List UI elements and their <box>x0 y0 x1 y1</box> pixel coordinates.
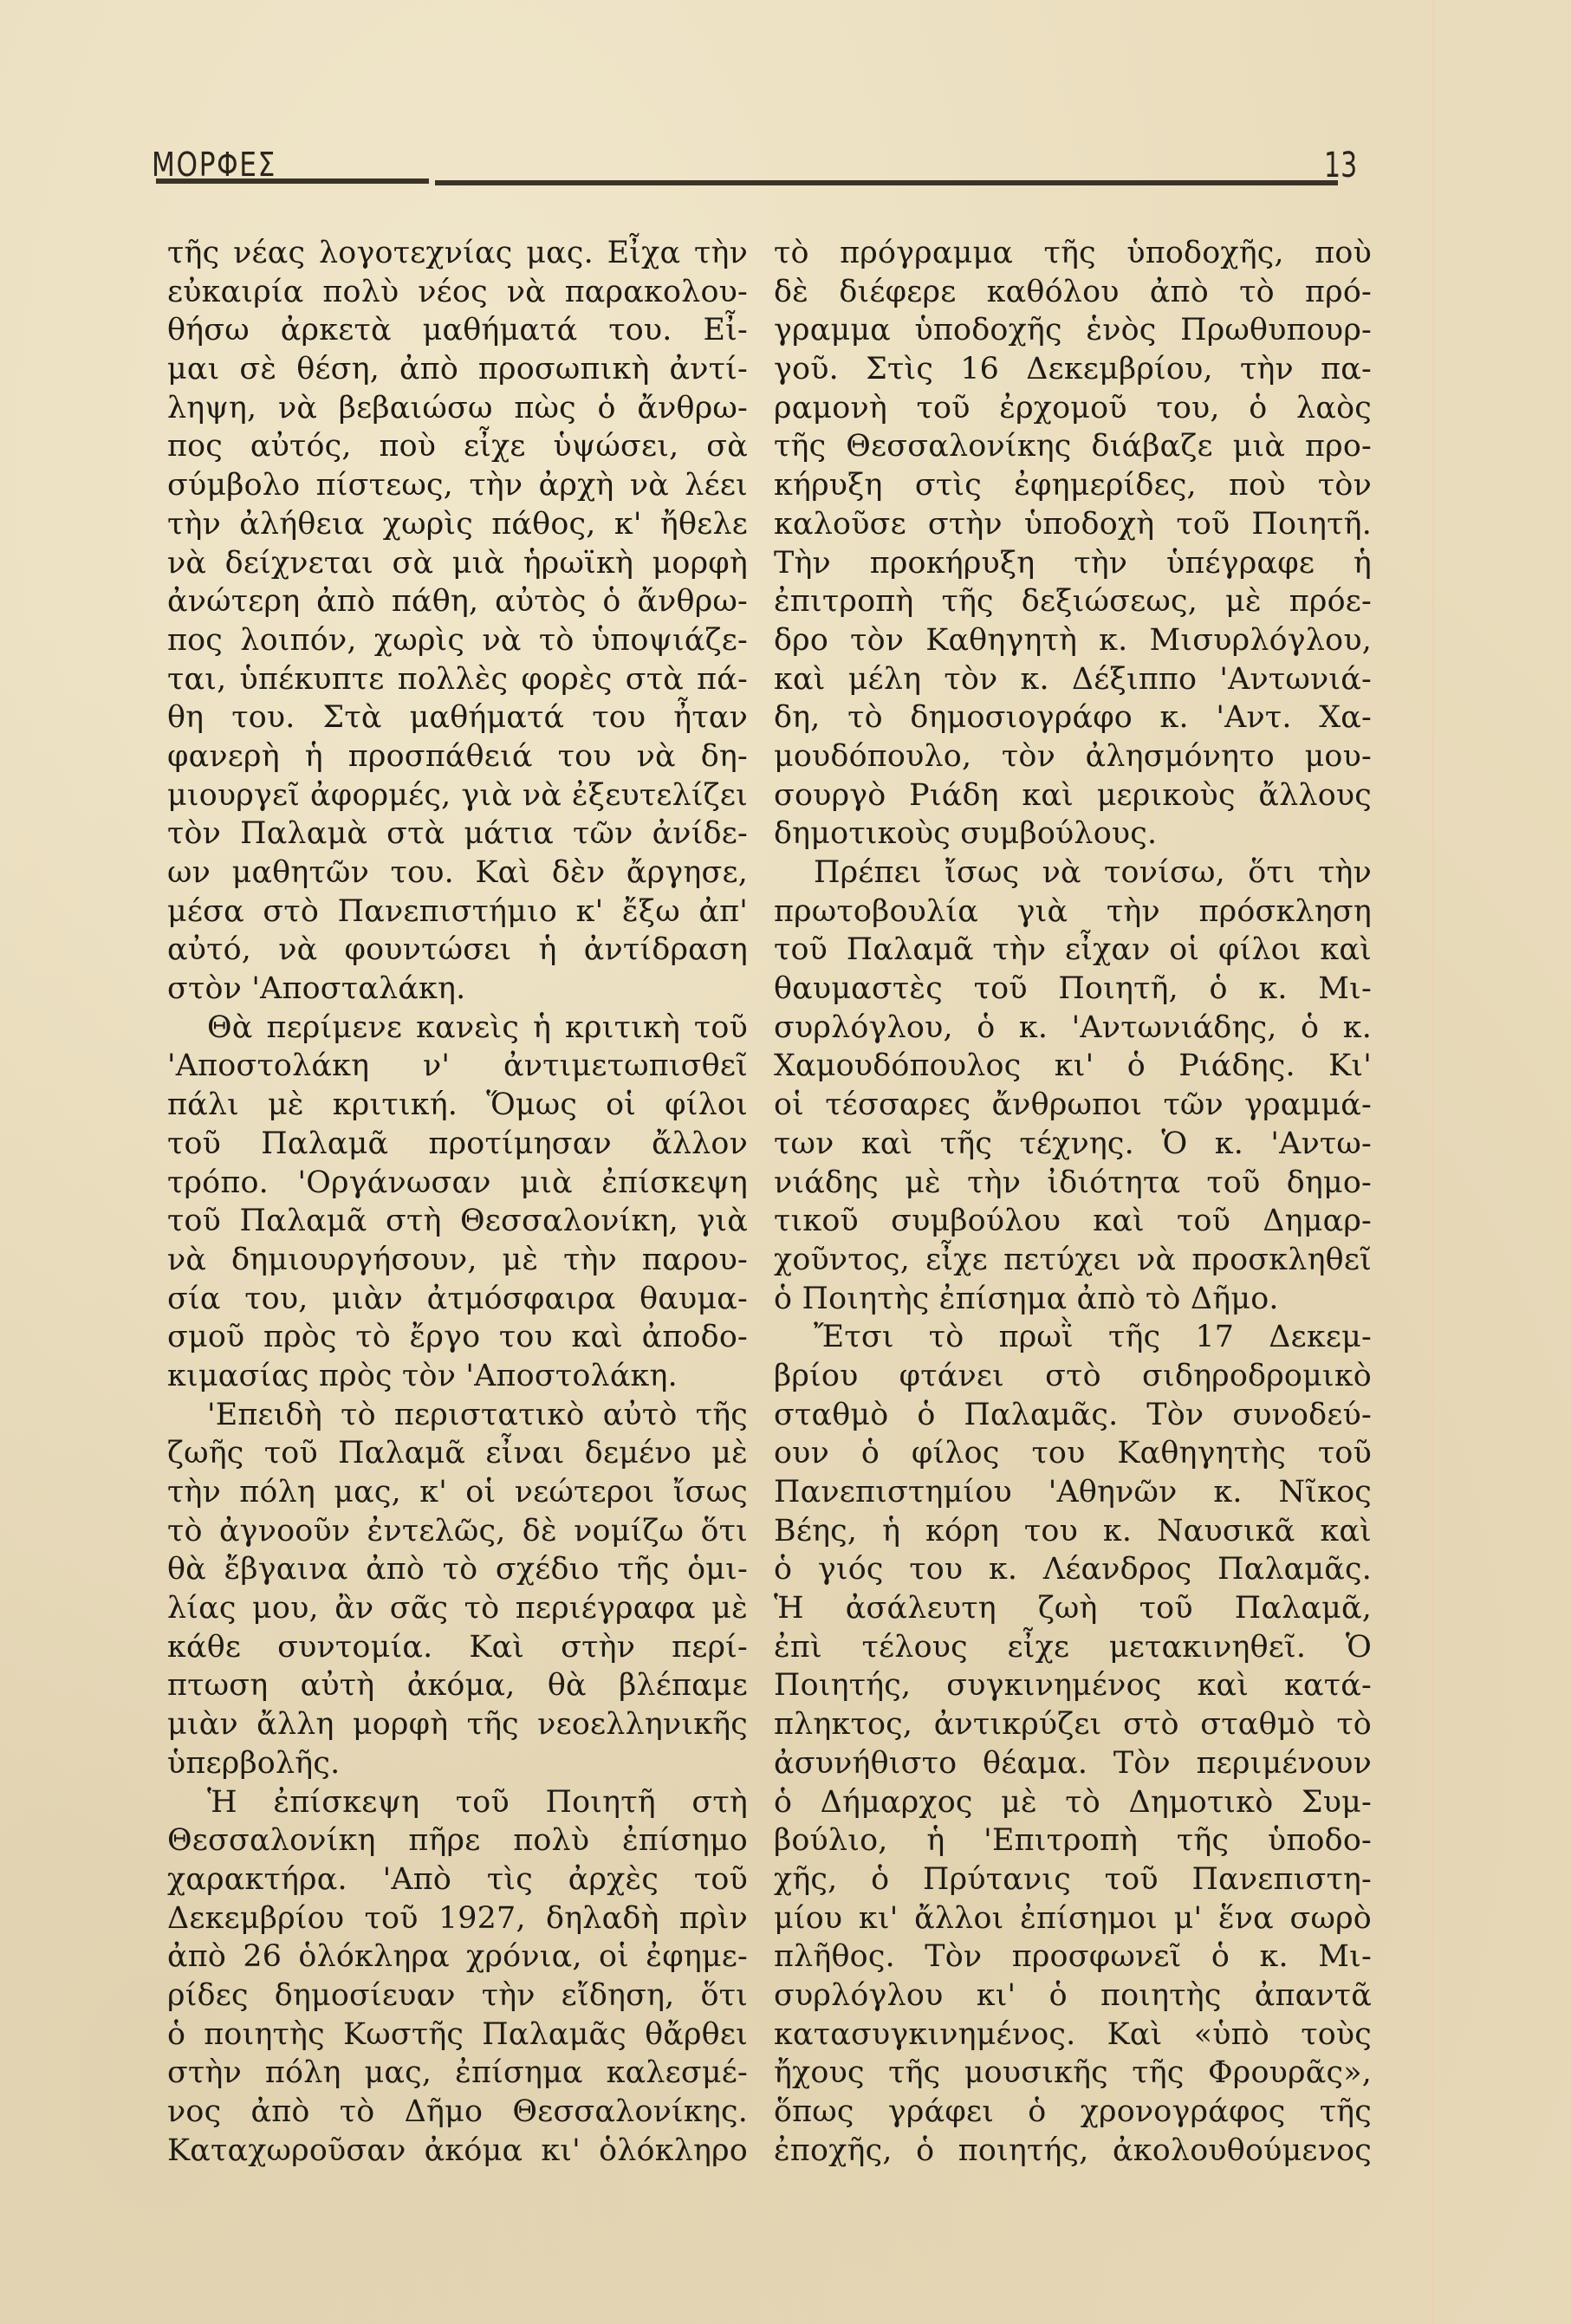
text-line: δρο τὸν Καθηγητὴ κ. Μισυρλόγλου, <box>774 621 1372 660</box>
text-line: Δεκεμβρίου τοῦ 1927, δηλαδὴ πρὶν <box>167 1899 748 1938</box>
text-line: Βέης, ἡ κόρη του κ. Ναυσικᾶ καὶ <box>774 1512 1372 1551</box>
text-line: σουργὸ Ριάδη καὶ μερικοὺς ἄλλους <box>774 776 1372 815</box>
text-line: ται, ὑπέκυπτε πολλὲς φορὲς στὰ πά- <box>167 660 748 699</box>
text-line: ἐπιτροπὴ τῆς δεξιώσεως, μὲ πρόε- <box>774 582 1372 621</box>
text-line: τρόπο. 'Οργάνωσαν μιὰ ἐπίσκεψη <box>167 1164 748 1203</box>
text-line: κατασυγκινημένος. Καὶ «ὑπὸ τοὺς <box>774 2016 1372 2055</box>
text-line: δὲ διέφερε καθόλου ἀπὸ τὸ πρό- <box>774 273 1372 312</box>
text-line: ρίδες δημοσίευαν τὴν εἴδηση, ὅτι <box>167 1977 748 2016</box>
text-line: νος ἀπὸ τὸ Δῆμο Θεσσαλονίκης. <box>167 2093 748 2132</box>
text-line: σύμβολο πίστεως, τὴν ἀρχὴ νὰ λέει <box>167 466 748 505</box>
text-line: ζωῆς τοῦ Παλαμᾶ εἶναι δεμένο μὲ <box>167 1434 748 1473</box>
text-line: ὁ γιός του κ. Λέανδρος Παλαμᾶς. <box>774 1550 1372 1589</box>
text-line: των καὶ τῆς τέχνης. Ὁ κ. 'Αντω- <box>774 1125 1372 1164</box>
text-line: 'Αποστολάκη ν' ἀντιμετωπισθεῖ <box>167 1047 748 1086</box>
text-line: συρλόγλου κι' ὁ ποιητὴς ἀπαντᾶ <box>774 1977 1372 2016</box>
text-line: στὸν 'Αποσταλάκη. <box>167 970 748 1009</box>
text-line: Ποιητής, συγκινημένος καὶ κατά- <box>774 1666 1372 1705</box>
text-line: μιὰν ἄλλη μορφὴ τῆς νεοελληνικῆς <box>167 1705 748 1744</box>
text-line: κιμασίας πρὸς τὸν 'Αποστολάκη. <box>167 1357 748 1396</box>
text-line: πλῆθος. Τὸν προσφωνεῖ ὁ κ. Μι- <box>774 1938 1372 1977</box>
text-line: οἱ τέσσαρες ἄνθρωποι τῶν γραμμά- <box>774 1086 1372 1125</box>
text-line: πτωση αὐτὴ ἀκόμα, θὰ βλέπαμε <box>167 1666 748 1705</box>
text-line: Καταχωροῦσαν ἀκόμα κι' ὁλόκληρο <box>167 2132 748 2171</box>
text-line: Ἔτσι τὸ πρωῒ τῆς 17 Δεκεμ- <box>774 1318 1372 1357</box>
text-line: ἀνώτερη ἀπὸ πάθη, αὐτὸς ὁ ἄνθρω- <box>167 582 748 621</box>
text-line: τῆς νέας λογοτεχνίας μας. Εἶχα τὴν <box>167 234 748 273</box>
text-line: θὰ ἔβγαινα ἀπὸ τὸ σχέδιο τῆς ὁμι- <box>167 1550 748 1589</box>
text-line: σία του, μιὰν ἀτμόσφαιρα θαυμα- <box>167 1280 748 1319</box>
text-line: τὸ πρόγραμμα τῆς ὑποδοχῆς, ποὺ <box>774 234 1372 273</box>
text-line: δη, τὸ δημοσιογράφο κ. 'Αντ. Χα- <box>774 698 1372 737</box>
text-line: μίου κι' ἄλλοι ἐπίσημοι μ' ἕνα σωρὸ <box>774 1899 1372 1938</box>
text-line: ὅπως γράφει ὁ χρονογράφος τῆς <box>774 2093 1372 2132</box>
text-line: πρωτοβουλία γιὰ τὴν πρόσκληση <box>774 893 1372 932</box>
text-line: νὰ δημιουργήσουν, μὲ τὴν παρου- <box>167 1241 748 1280</box>
page-fold-crease <box>1432 0 1434 2324</box>
text-line: ἀπὸ 26 ὁλόκληρα χρόνια, οἱ ἐφημε- <box>167 1938 748 1977</box>
text-line: μιουργεῖ ἀφορμές, γιὰ νὰ ἐξευτελίζει <box>167 776 748 815</box>
text-line: Τὴν προκήρυξη τὴν ὑπέγραφε ἡ <box>774 544 1372 583</box>
text-line: κήρυξη στὶς ἐφημερίδες, ποὺ τὸν <box>774 466 1372 505</box>
text-line: τὸν Παλαμὰ στὰ μάτια τῶν ἀνίδε- <box>167 815 748 854</box>
text-line: τὴν ἀλήθεια χωρὶς πάθος, κ' ἤθελε <box>167 505 748 544</box>
text-line: τοῦ Παλαμᾶ προτίμησαν ἄλλον <box>167 1125 748 1164</box>
text-line: πάλι μὲ κριτική. Ὅμως οἱ φίλοι <box>167 1086 748 1125</box>
text-line: συρλόγλου, ὁ κ. 'Αντωνιάδης, ὁ κ. <box>774 1009 1372 1048</box>
text-line: ουν ὁ φίλος του Καθηγητὴς τοῦ <box>774 1434 1372 1473</box>
text-line: ραμονὴ τοῦ ἐρχομοῦ του, ὁ λαὸς <box>774 389 1372 428</box>
text-column-right: τὸ πρόγραμμα τῆς ὑποδοχῆς, ποὺδὲ διέφερε… <box>774 234 1372 2170</box>
text-line: βούλιο, ἡ 'Επιτροπὴ τῆς ὑποδο- <box>774 1821 1372 1860</box>
text-line: 'Επειδὴ τὸ περιστατικὸ αὐτὸ τῆς <box>167 1396 748 1435</box>
header-rule-left <box>156 179 429 184</box>
text-line: τικοῦ συμβούλου καὶ τοῦ Δημαρ- <box>774 1202 1372 1241</box>
text-line: πληκτος, ἀντικρύζει στὸ σταθμὸ τὸ <box>774 1705 1372 1744</box>
text-line: ἀσυνήθιστο θέαμα. Τὸν περιμένουν <box>774 1744 1372 1783</box>
text-line: τὸ ἀγνοοῦν ἐντελῶς, δὲ νομίζω ὅτι <box>167 1512 748 1551</box>
text-line: σταθμὸ ὁ Παλαμᾶς. Τὸν συνοδεύ- <box>774 1396 1372 1435</box>
text-line: Ἡ ἐπίσκεψη τοῦ Ποιητῆ στὴ <box>167 1783 748 1822</box>
text-line: ὁ ποιητὴς Κωστῆς Παλαμᾶς θἄρθει <box>167 2016 748 2055</box>
text-line: βρίου φτάνει στὸ σιδηροδρομικὸ <box>774 1357 1372 1396</box>
text-line: δημοτικοὺς συμβούλους. <box>774 815 1372 854</box>
text-line: ων μαθητῶν του. Καὶ δὲν ἄργησε, <box>167 854 748 893</box>
text-line: νιάδης μὲ τὴν ἰδιότητα τοῦ δημο- <box>774 1164 1372 1203</box>
text-line: γοῦ. Στὶς 16 Δεκεμβρίου, τὴν πα- <box>774 350 1372 389</box>
text-line: ὑπερβολῆς. <box>167 1744 748 1783</box>
text-line: καὶ μέλη τὸν κ. Δέξιππο 'Αντωνιά- <box>774 660 1372 699</box>
text-line: αὐτό, νὰ φουντώσει ἡ ἀντίδραση <box>167 931 748 970</box>
header-rule-right <box>435 180 1338 185</box>
text-line: ὁ Δήμαρχος μὲ τὸ Δημοτικὸ Συμ- <box>774 1783 1372 1822</box>
text-line: ἐποχῆς, ὁ ποιητής, ἀκολουθούμενος <box>774 2132 1372 2171</box>
text-line: φανερὴ ἡ προσπάθειά του νὰ δη- <box>167 737 748 776</box>
text-line: Ἡ ἀσάλευτη ζωὴ τοῦ Παλαμᾶ, <box>774 1589 1372 1628</box>
text-line: τοῦ Παλαμᾶ στὴ Θεσσαλονίκη, γιὰ <box>167 1202 748 1241</box>
text-line: ὁ Ποιητὴς ἐπίσημα ἀπὸ τὸ Δῆμο. <box>774 1280 1372 1319</box>
text-line: κάθε συντομία. Καὶ στὴν περί- <box>167 1628 748 1667</box>
text-line: θη του. Στὰ μαθήματά του ἦταν <box>167 698 748 737</box>
text-line: χαρακτήρα. 'Απὸ τὶς ἀρχὲς τοῦ <box>167 1860 748 1899</box>
text-line: τῆς Θεσσαλονίκης διάβαζε μιὰ προ- <box>774 427 1372 466</box>
text-line: ἐπὶ τέλους εἶχε μετακινηθεῖ. Ὁ <box>774 1628 1372 1667</box>
text-line: μουδόπουλο, τὸν ἀλησμόνητο μου- <box>774 737 1372 776</box>
text-line: σμοῦ πρὸς τὸ ἔργο του καὶ ἀποδο- <box>167 1318 748 1357</box>
text-line: χῆς, ὁ Πρύτανις τοῦ Πανεπιστη- <box>774 1860 1372 1899</box>
text-line: Πανεπιστημίου 'Αθηνῶν κ. Νῖκος <box>774 1473 1372 1512</box>
text-line: θαυμαστὲς τοῦ Ποιητῆ, ὁ κ. Μι- <box>774 970 1372 1009</box>
text-line: Χαμουδόπουλος κι' ὁ Ριάδης. Κι' <box>774 1047 1372 1086</box>
text-line: γραμμα ὑποδοχῆς ἑνὸς Πρωθυπουρ- <box>774 311 1372 350</box>
text-line: πος αὐτός, ποὺ εἶχε ὑψώσει, σὰ <box>167 427 748 466</box>
text-line: λίας μου, ἂν σᾶς τὸ περιέγραφα μὲ <box>167 1589 748 1628</box>
text-line: τὴν πόλη μας, κ' οἱ νεώτεροι ἴσως <box>167 1473 748 1512</box>
text-line: Πρέπει ἴσως νὰ τονίσω, ὅτι τὴν <box>774 854 1372 893</box>
text-line: νὰ δείχνεται σὰ μιὰ ἡρωϊκὴ μορφὴ <box>167 544 748 583</box>
text-line: Θὰ περίμενε κανεὶς ἡ κριτικὴ τοῦ <box>167 1009 748 1048</box>
text-line: μαι σὲ θέση, ἀπὸ προσωπικὴ ἀντί- <box>167 350 748 389</box>
text-line: τοῦ Παλαμᾶ τὴν εἶχαν οἱ φίλοι καὶ <box>774 931 1372 970</box>
text-line: Θεσσαλονίκη πῆρε πολὺ ἐπίσημο <box>167 1821 748 1860</box>
text-column-left: τῆς νέας λογοτεχνίας μας. Εἶχα τὴνεὐκαιρ… <box>167 234 748 2170</box>
text-line: ληψη, νὰ βεβαιώσω πὼς ὁ ἄνθρω- <box>167 389 748 428</box>
text-line: μέσα στὸ Πανεπιστήμιο κ' ἔξω ἀπ' <box>167 893 748 932</box>
text-line: καλοῦσε στὴν ὑποδοχὴ τοῦ Ποιητῆ. <box>774 505 1372 544</box>
text-line: ἤχους τῆς μουσικῆς τῆς Φρουρᾶς», <box>774 2054 1372 2093</box>
text-line: θήσω ἀρκετὰ μαθήματά του. Εἶ- <box>167 311 748 350</box>
text-line: εὐκαιρία πολὺ νέος νὰ παρακολου- <box>167 273 748 312</box>
text-line: πος λοιπόν, χωρὶς νὰ τὸ ὑποψιάζε- <box>167 621 748 660</box>
text-line: χοῦντος, εἶχε πετύχει νὰ προσκληθεῖ <box>774 1241 1372 1280</box>
text-line: στὴν πόλη μας, ἐπίσημα καλεσμέ- <box>167 2054 748 2093</box>
